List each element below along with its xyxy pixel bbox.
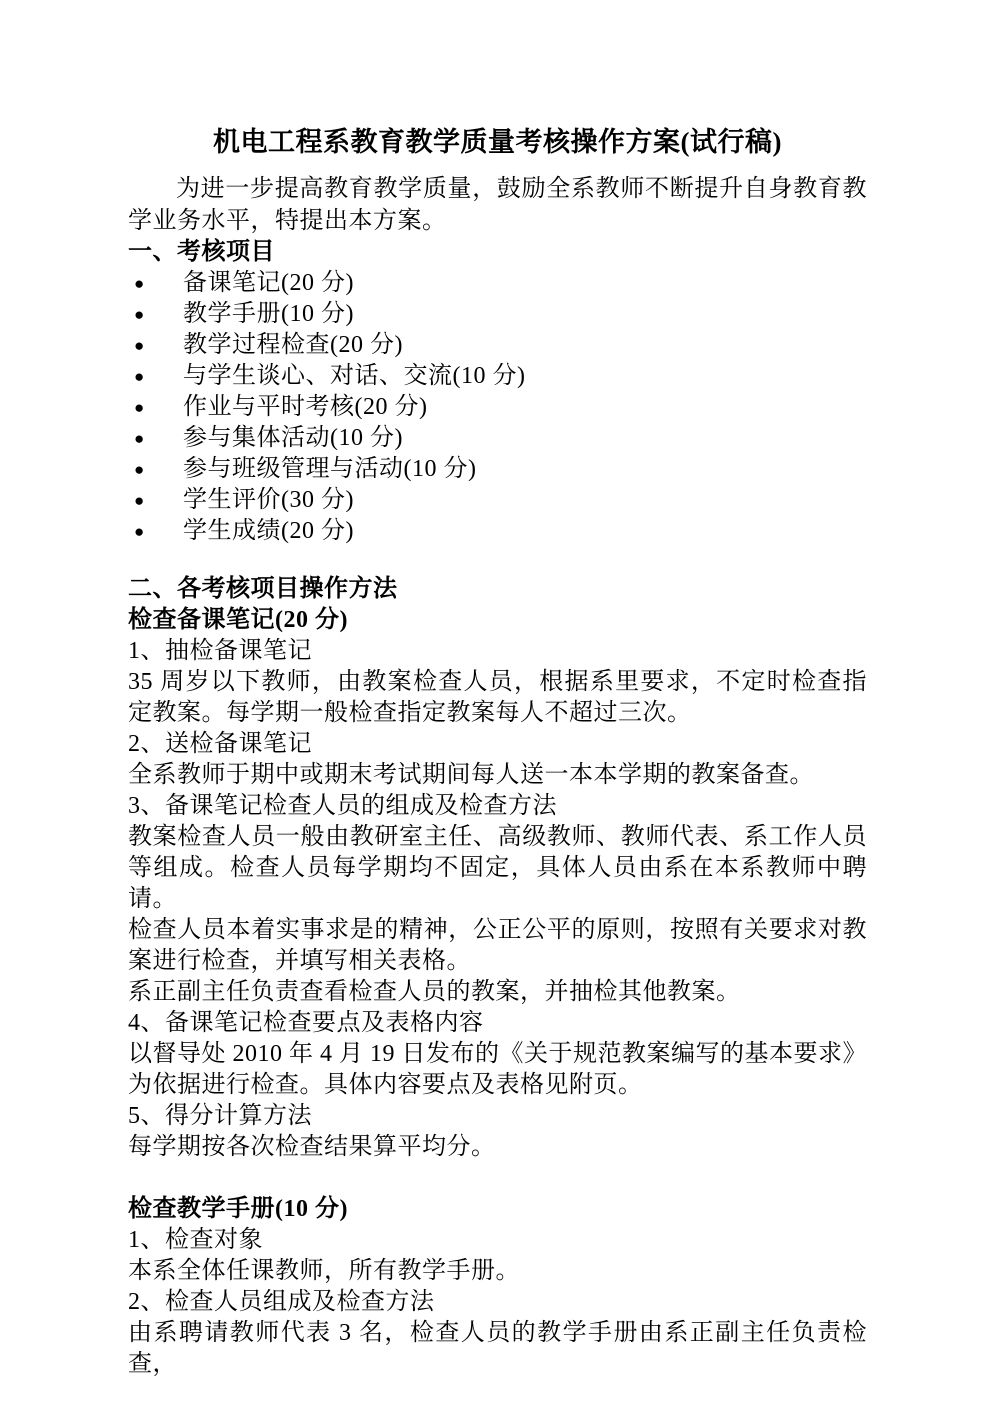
paragraph: 系正副主任负责查看检查人员的教案，并抽检其他教案。 (128, 977, 867, 1008)
subsection-prep-notes-body: 1、抽检备课笔记 35 周岁以下教师，由教案检查人员，根据系里要求，不定时检查指… (128, 636, 867, 1163)
bullet-icon: ● (134, 330, 183, 361)
assessment-item-label: 备课笔记(20 分) (183, 270, 354, 296)
paragraph: 教案检查人员一般由教研室主任、高级教师、教师代表、系工作人员等组成。检查人员每学… (128, 822, 867, 915)
bullet-icon: ● (134, 485, 183, 516)
assessment-item: ●参与班级管理与活动(10 分) (128, 454, 867, 485)
document-page: 机电工程系教育教学质量考核操作方案(试行稿) 为进一步提高教育教学质量，鼓励全系… (0, 0, 993, 1404)
paragraph: 35 周岁以下教师，由教案检查人员，根据系里要求，不定时检查指定教案。每学期一般… (128, 667, 867, 729)
paragraph: 2、送检备课笔记 (128, 729, 867, 760)
subsection-teaching-manual-body: 1、检查对象 本系全体任课教师，所有教学手册。 2、检查人员组成及检查方法 由系… (128, 1225, 867, 1380)
bullet-icon: ● (134, 423, 183, 454)
bullet-icon: ● (134, 392, 183, 423)
bullet-icon: ● (134, 361, 183, 392)
assessment-item-label: 教学手册(10 分) (183, 301, 354, 327)
section2-heading: 二、各考核项目操作方法 (128, 574, 867, 605)
paragraph: 2、检查人员组成及检查方法 (128, 1287, 867, 1318)
paragraph: 每学期按各次检查结果算平均分。 (128, 1132, 867, 1163)
assessment-item: ●参与集体活动(10 分) (128, 423, 867, 454)
subsection-prep-notes-heading: 检查备课笔记(20 分) (128, 605, 867, 636)
paragraph: 由系聘请教师代表 3 名，检查人员的教学手册由系正副主任负责检查， (128, 1318, 867, 1380)
document-title: 机电工程系教育教学质量考核操作方案(试行稿) (128, 122, 867, 162)
assessment-item: ●学生评价(30 分) (128, 485, 867, 516)
assessment-item-label: 与学生谈心、对话、交流(10 分) (183, 363, 525, 389)
paragraph: 5、得分计算方法 (128, 1101, 867, 1132)
paragraph: 1、检查对象 (128, 1225, 867, 1256)
paragraph: 3、备课笔记检查人员的组成及检查方法 (128, 791, 867, 822)
assessment-item-label: 教学过程检查(20 分) (183, 332, 403, 358)
bullet-icon: ● (134, 268, 183, 299)
assessment-item: ●备课笔记(20 分) (128, 268, 867, 299)
assessment-item-label: 学生成绩(20 分) (183, 518, 354, 544)
paragraph: 4、备课笔记检查要点及表格内容 (128, 1008, 867, 1039)
bullet-icon: ● (134, 299, 183, 330)
paragraph: 全系教师于期中或期末考试期间每人送一本本学期的教案备查。 (128, 760, 867, 791)
paragraph: 本系全体任课教师，所有教学手册。 (128, 1256, 867, 1287)
assessment-item: ●作业与平时考核(20 分) (128, 392, 867, 423)
bullet-icon: ● (134, 454, 183, 485)
intro-paragraph: 为进一步提高教育教学质量，鼓励全系教师不断提升自身教育教学业务水平，特提出本方案… (128, 174, 867, 237)
assessment-items-list: ●备课笔记(20 分) ●教学手册(10 分) ●教学过程检查(20 分) ●与… (128, 268, 867, 547)
section1-heading: 一、考核项目 (128, 237, 867, 268)
assessment-item-label: 作业与平时考核(20 分) (183, 394, 427, 420)
paragraph: 1、抽检备课笔记 (128, 636, 867, 667)
assessment-item-label: 学生评价(30 分) (183, 487, 354, 513)
assessment-item: ●与学生谈心、对话、交流(10 分) (128, 361, 867, 392)
blank-line (128, 1163, 867, 1194)
assessment-item: ●教学手册(10 分) (128, 299, 867, 330)
paragraph: 检查人员本着实事求是的精神，公正公平的原则，按照有关要求对教案进行检查，并填写相… (128, 915, 867, 977)
assessment-item-label: 参与班级管理与活动(10 分) (183, 456, 476, 482)
paragraph: 以督导处 2010 年 4 月 19 日发布的《关于规范教案编写的基本要求》为依… (128, 1039, 867, 1101)
bullet-icon: ● (134, 516, 183, 547)
assessment-item: ●学生成绩(20 分) (128, 516, 867, 547)
assessment-item: ●教学过程检查(20 分) (128, 330, 867, 361)
assessment-item-label: 参与集体活动(10 分) (183, 425, 403, 451)
subsection-teaching-manual-heading: 检查教学手册(10 分) (128, 1194, 867, 1225)
